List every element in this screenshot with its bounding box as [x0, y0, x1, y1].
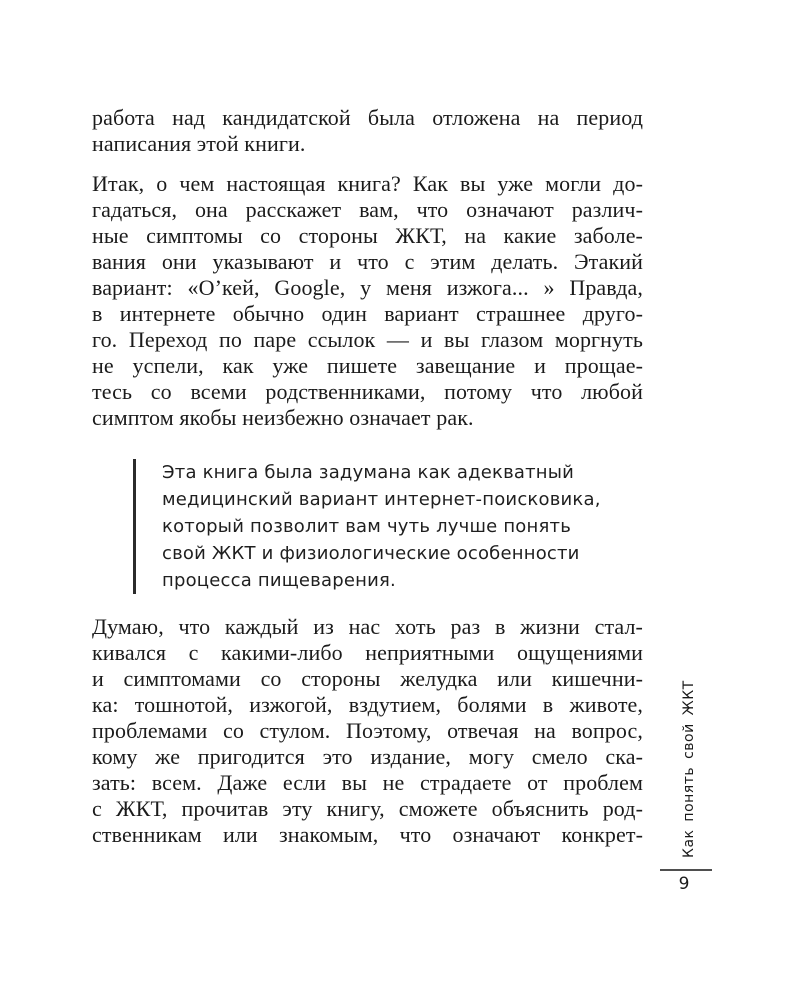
book-page: работа над кандидатской была отложена на… [0, 0, 800, 1000]
text-line: процесса пищеварения. [162, 567, 601, 594]
text-line: не успели, как уже пишете завещание и пр… [92, 353, 643, 379]
page-number: 9 [658, 874, 710, 894]
running-title-vertical: Как понять свой ЖКТ [681, 680, 697, 858]
text-line: го. Переход по паре ссылок — и вы глазом… [92, 327, 643, 353]
text-line: Эта книга была задумана как адекватный [162, 459, 601, 486]
paragraph: Думаю, что каждый из нас хоть раз в жизн… [92, 614, 643, 848]
text-line: Думаю, что каждый из нас хоть раз в жизн… [92, 614, 643, 640]
text-line: который позволит вам чуть лучше понять [162, 513, 601, 540]
text-line: с ЖКТ, прочитав эту книгу, сможете объяс… [92, 796, 643, 822]
text-line: тесь со всеми родственниками, потому что… [92, 379, 643, 405]
text-line: ные симптомы со стороны ЖКТ, на какие за… [92, 223, 643, 249]
text-line: свой ЖКТ и физиологические особенности [162, 540, 601, 567]
text-line: медицинский вариант интернет-поисковика, [162, 486, 601, 513]
text-line: и симптомами со стороны желудка или кише… [92, 666, 643, 692]
text-line: вания они указывают и что с этим делать.… [92, 249, 643, 275]
text-line: ственникам или знакомым, что означают ко… [92, 822, 643, 848]
text-line: зать: всем. Даже если вы не страдаете от… [92, 770, 643, 796]
quote-text: Эта книга была задумана как адекватныйме… [136, 459, 601, 594]
paragraph: работа над кандидатской была отложена на… [92, 105, 643, 157]
text-line: гадаться, она расскажет вам, что означаю… [92, 197, 643, 223]
text-line: кивался с какими-либо неприятными ощущен… [92, 640, 643, 666]
page-text-column: работа над кандидатской была отложена на… [92, 105, 643, 848]
text-line: симптом якобы неизбежно означает рак. [92, 405, 643, 431]
text-line: проблемами со стулом. Поэтому, отвечая н… [92, 718, 643, 744]
text-line: вариант: «О’кей, Google, у меня изжога..… [92, 275, 643, 301]
text-line: написания этой книги. [92, 131, 643, 157]
text-line: в интернете обычно один вариант страшнее… [92, 301, 643, 327]
page-number-rule [660, 869, 712, 871]
pull-quote: Эта книга была задумана как адекватныйме… [133, 459, 643, 594]
paragraph: Итак, о чем настоящая книга? Как вы уже … [92, 171, 643, 431]
text-line: ка: тошнотой, изжогой, вздутием, болями … [92, 692, 643, 718]
text-line: работа над кандидатской была отложена на… [92, 105, 643, 131]
text-line: кому же пригодится это издание, могу сме… [92, 744, 643, 770]
text-line: Итак, о чем настоящая книга? Как вы уже … [92, 171, 643, 197]
